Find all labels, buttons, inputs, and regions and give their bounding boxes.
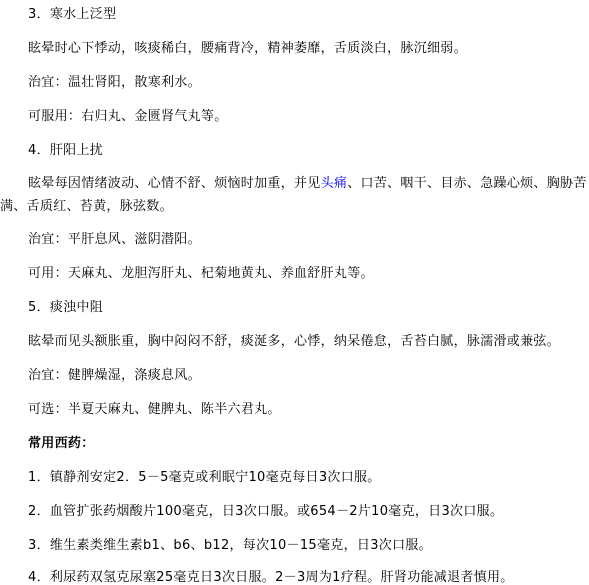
paragraph-medicine-3: 可服用：右归丸、金匮肾气丸等。 (0, 106, 589, 127)
paragraph-symptoms-3: 眩晕时心下悸动，咳痰稀白，腰痛背冷，精神萎靡，舌质淡白，脉沉细弱。 (0, 38, 589, 59)
headache-link[interactable]: 头痛 (321, 176, 348, 191)
western-medicine-item-4: 4．利尿药双氢克尿塞25毫克日3次日服。2－3周为1疗程。肝肾功能减退者慎用。 (0, 567, 589, 585)
western-medicine-item-1: 1．镇静剂安定2．5－5毫克或利眠宁10毫克每日3次口服。 (0, 467, 589, 488)
paragraph-treatment-5: 治宜：健脾燥湿，涤痰息风。 (0, 365, 589, 386)
paragraph-medicine-4: 可用：天麻丸、龙胆泻肝丸、杞菊地黄丸、养血舒肝丸等。 (0, 263, 589, 284)
western-medicine-item-3: 3．维生素类维生素b1、b6、b12，每次10－15毫克，日3次口服。 (0, 535, 589, 556)
paragraph-treatment-4: 治宜：平肝息风、滋阴潜阳。 (0, 229, 589, 250)
text-before-link: 眩晕每因情绪波动、心情不舒、烦恼时加重，并见 (28, 176, 321, 191)
paragraph-treatment-3: 治宜：温壮肾阳，散寒利水。 (0, 72, 589, 93)
section-heading-4: 4．肝阳上扰 (0, 140, 589, 161)
western-medicine-heading: 常用西药： (0, 433, 589, 454)
paragraph-symptoms-4: 眩晕每因情绪波动、心情不舒、烦恼时加重，并见头痛、口苦、咽干、目赤、急躁心烦、胸… (0, 172, 589, 218)
section-heading-5: 5．痰浊中阻 (0, 297, 589, 318)
paragraph-symptoms-5: 眩晕而见头额胀重，胸中闷闷不舒，痰涎多，心悸，纳呆倦怠，舌苔白腻，脉濡滑或兼弦。 (0, 331, 589, 352)
section-heading-3: 3．寒水上泛型 (0, 4, 589, 25)
western-medicine-item-2: 2．血管扩张药烟酸片100毫克，日3次口服。或654－2片10毫克，日3次口服。 (0, 501, 589, 522)
paragraph-medicine-5: 可选：半夏天麻丸、健脾丸、陈半六君丸。 (0, 399, 589, 420)
